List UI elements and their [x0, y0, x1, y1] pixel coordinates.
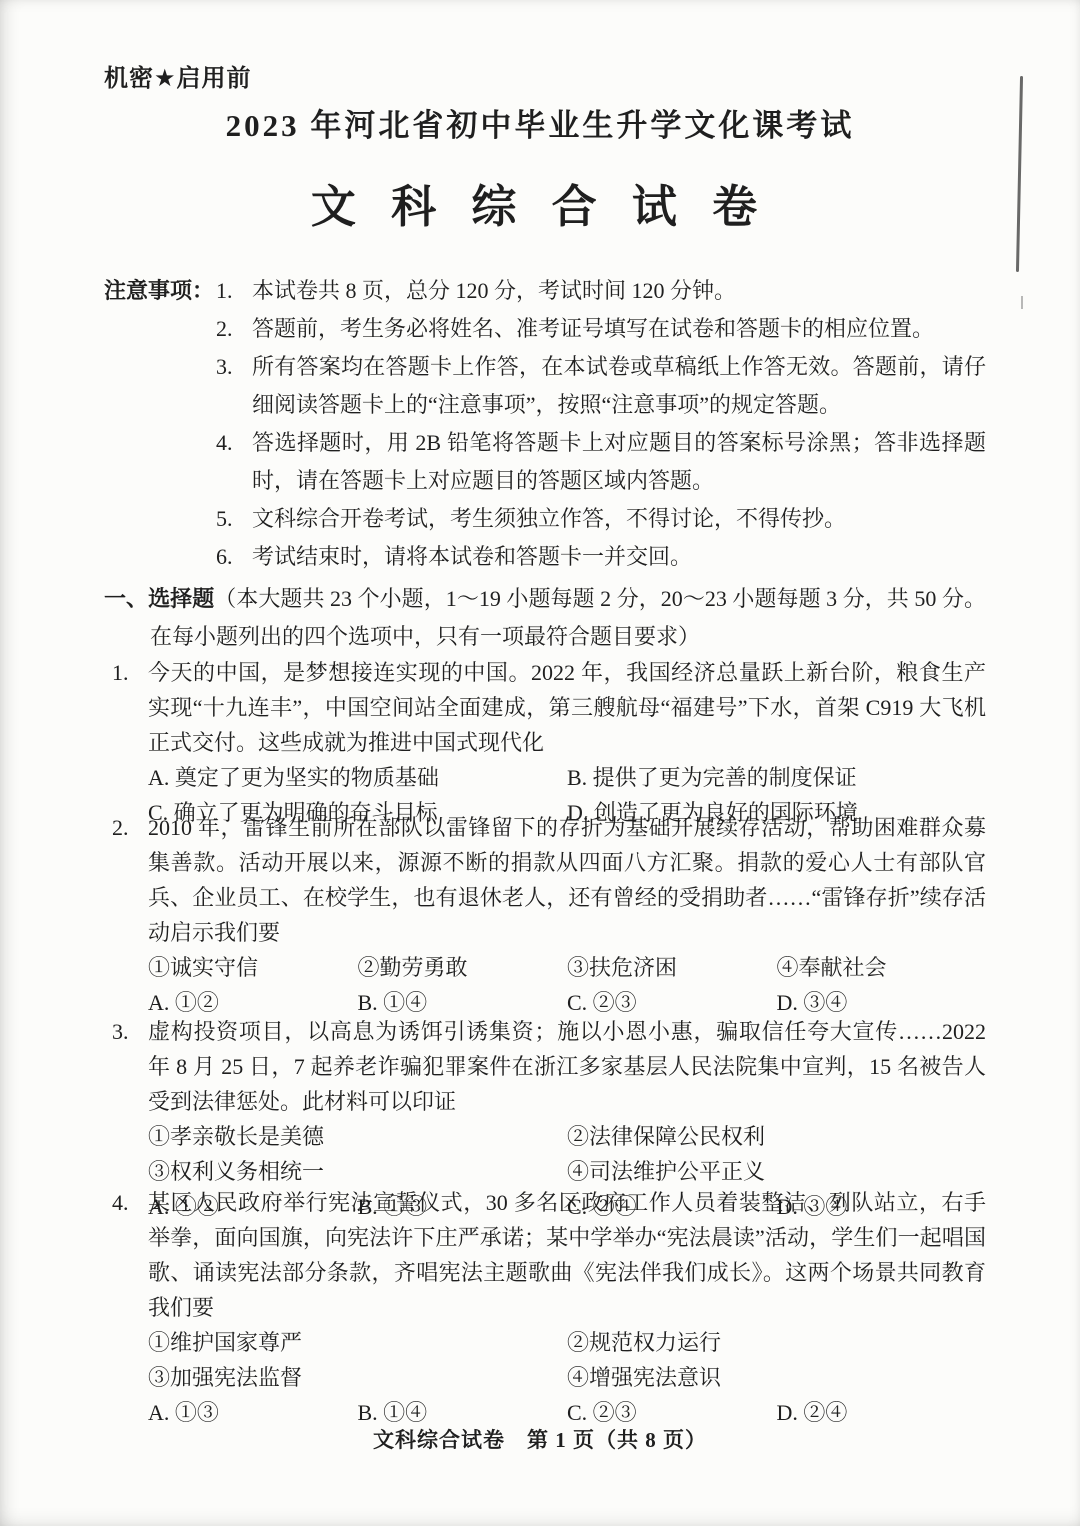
paper-title: 文 科 综 合 试 卷 — [0, 170, 1080, 235]
question-body: 某区人民政府举行宪法宣誓仪式，30 多名区政府工作人员着装整洁、列队站立，右手举… — [148, 1185, 986, 1430]
notice-item-text: 答题前，考生务必将姓名、准考证号填写在试卷和答题卡的相应位置。 — [252, 310, 986, 348]
notice-item: 3. 所有答案均在答题卡上作答，在本试卷或草稿纸上作答无效。答题前，请仔细阅读答… — [216, 348, 986, 424]
choice-item: A. 奠定了更为坚实的物质基础 — [148, 760, 567, 795]
exam-title: 2023 年河北省初中毕业生升学文化课考试 — [0, 100, 1080, 145]
classification-label: 机密★启用前 — [104, 58, 252, 93]
notice-item-text: 考试结束时，请将本试卷和答题卡一并交回。 — [252, 538, 986, 576]
question-4: 4. 某区人民政府举行宪法宣誓仪式，30 多名区政府工作人员着装整洁、列队站立，… — [104, 1185, 986, 1430]
page-footer: 文科综合试卷 第 1 页（共 8 页） — [0, 1424, 1080, 1454]
sub-option-item: ②规范权力运行 — [567, 1325, 986, 1360]
notice-item-number: 6. — [216, 538, 252, 576]
question-2: 2. 2010 年，雷锋生前所在部队以雷锋留下的存折为基础开展续存活动，帮助困难… — [104, 810, 986, 1020]
notice-item: 2. 答题前，考生务必将姓名、准考证号填写在试卷和答题卡的相应位置。 — [216, 310, 986, 348]
notice-item: 1. 本试卷共 8 页，总分 120 分，考试时间 120 分钟。 — [216, 272, 986, 310]
question-stem: 今天的中国，是梦想接连实现的中国。2022 年，我国经济总量跃上新台阶，粮食生产… — [148, 655, 986, 760]
notice-item: 4. 答选择题时，用 2B 铅笔将答题卡上对应题目的答案标号涂黑；答非选择题时，… — [216, 424, 986, 500]
sub-option-grid: ①维护国家尊严 ②规范权力运行 ③加强宪法监督 ④增强宪法意识 — [148, 1325, 986, 1395]
question-number: 4. — [104, 1185, 148, 1430]
section-heading: 一、选择题（本大题共 23 个小题，1～19 小题每题 2 分，20～23 小题… — [104, 580, 986, 656]
notice-item: 5. 文科综合开卷考试，考生须独立作答，不得讨论，不得传抄。 — [216, 500, 986, 538]
sub-option-item: ④奉献社会 — [777, 950, 987, 985]
sub-option-item: ③权利义务相统一 — [148, 1154, 567, 1189]
notice-item-number: 3. — [216, 348, 252, 424]
notice-label: 注意事项： — [104, 272, 216, 576]
notice-item-text: 文科综合开卷考试，考生须独立作答，不得讨论，不得传抄。 — [252, 500, 986, 538]
question-stem: 2010 年，雷锋生前所在部队以雷锋留下的存折为基础开展续存活动，帮助困难群众募… — [148, 810, 986, 950]
notice-item-text: 所有答案均在答题卡上作答，在本试卷或草稿纸上作答无效。答题前，请仔细阅读答题卡上… — [252, 348, 986, 424]
notice-item: 6. 考试结束时，请将本试卷和答题卡一并交回。 — [216, 538, 986, 576]
question-number: 2. — [104, 810, 148, 1020]
question-1: 1. 今天的中国，是梦想接连实现的中国。2022 年，我国经济总量跃上新台阶，粮… — [104, 655, 986, 830]
exam-paper-page: 机密★启用前 2023 年河北省初中毕业生升学文化课考试 文 科 综 合 试 卷… — [0, 0, 1080, 1526]
question-number: 1. — [104, 655, 148, 830]
sub-option-item: ④增强宪法意识 — [567, 1360, 986, 1395]
section-title: 一、选择题 — [104, 586, 214, 611]
sub-option-item: ③加强宪法监督 — [148, 1360, 567, 1395]
notice-item-number: 1. — [216, 272, 252, 310]
notice-item-text: 本试卷共 8 页，总分 120 分，考试时间 120 分钟。 — [252, 272, 986, 310]
choice-item: B. 提供了更为完善的制度保证 — [567, 760, 986, 795]
notice-list: 1. 本试卷共 8 页，总分 120 分，考试时间 120 分钟。 2. 答题前… — [216, 272, 986, 576]
sub-option-item: ①孝亲敬长是美德 — [148, 1119, 567, 1154]
notice-item-text: 答选择题时，用 2B 铅笔将答题卡上对应题目的答案标号涂黑；答非选择题时，请在答… — [252, 424, 986, 500]
sub-option-item: ③扶危济困 — [567, 950, 777, 985]
sub-option-item: ②勤劳勇敢 — [358, 950, 568, 985]
notice-block: 注意事项： 1. 本试卷共 8 页，总分 120 分，考试时间 120 分钟。 … — [104, 272, 986, 576]
question-body: 今天的中国，是梦想接连实现的中国。2022 年，我国经济总量跃上新台阶，粮食生产… — [148, 655, 986, 830]
sub-option-item: ①维护国家尊严 — [148, 1325, 567, 1360]
sub-option-grid: ①孝亲敬长是美德 ②法律保障公民权利 ③权利义务相统一 ④司法维护公平正义 — [148, 1119, 986, 1189]
sub-option-item: ②法律保障公民权利 — [567, 1119, 986, 1154]
sub-option-item: ④司法维护公平正义 — [567, 1154, 986, 1189]
section-description: （本大题共 23 个小题，1～19 小题每题 2 分，20～23 小题每题 3 … — [150, 586, 986, 649]
notice-item-number: 5. — [216, 500, 252, 538]
question-body: 2010 年，雷锋生前所在部队以雷锋留下的存折为基础开展续存活动，帮助困难群众募… — [148, 810, 986, 1020]
sub-option-item: ①诚实守信 — [148, 950, 358, 985]
notice-item-number: 2. — [216, 310, 252, 348]
scan-artifact-dot — [1021, 296, 1023, 309]
sub-option-grid: ①诚实守信 ②勤劳勇敢 ③扶危济困 ④奉献社会 — [148, 950, 986, 985]
question-stem: 虚构投资项目，以高息为诱饵引诱集资；施以小恩小惠，骗取信任夸大宣传……2022 … — [148, 1014, 986, 1119]
notice-item-number: 4. — [216, 424, 252, 500]
question-stem: 某区人民政府举行宪法宣誓仪式，30 多名区政府工作人员着装整洁、列队站立，右手举… — [148, 1185, 986, 1325]
